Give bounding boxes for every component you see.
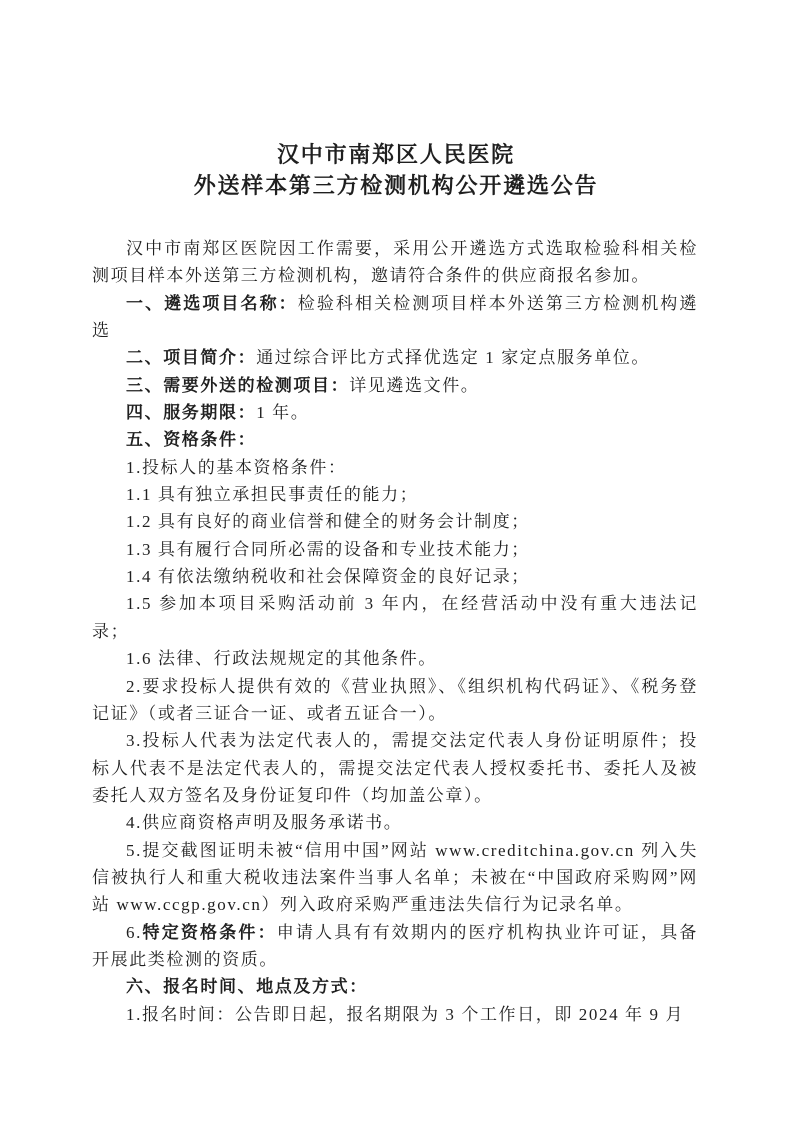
paragraph: 一、遴选项目名称：检验科相关检测项目样本外送第三方检测机构遴选 [92, 290, 698, 345]
paragraph: 汉中市南郑区医院因工作需要，采用公开遴选方式选取检验科相关检测项目样本外送第三方… [92, 235, 698, 290]
paragraph: 六、报名时间、地点及方式： [92, 973, 698, 1000]
paragraph: 1.2 具有良好的商业信誉和健全的财务会计制度； [92, 508, 698, 535]
paragraph-text: 1.6 法律、行政法规规定的其他条件。 [126, 649, 437, 668]
paragraph-text: 通过综合评比方式择优选定 1 家定点服务单位。 [256, 348, 650, 367]
paragraph: 四、服务期限：1 年。 [92, 399, 698, 426]
paragraph-text: 汉中市南郑区医院因工作需要，采用公开遴选方式选取检验科相关检测项目样本外送第三方… [92, 239, 698, 285]
paragraph: 2.要求投标人提供有效的《营业执照》、《组织机构代码证》、《税务登记证》（或者三… [92, 673, 698, 728]
paragraph: 1.4 有依法缴纳税收和社会保障资金的良好记录； [92, 563, 698, 590]
paragraph-text: 1.3 具有履行合同所必需的设备和专业技术能力； [126, 540, 530, 559]
paragraph-text: 详见遴选文件。 [349, 376, 479, 395]
paragraph-text: 1.2 具有良好的商业信誉和健全的财务会计制度； [126, 512, 530, 531]
paragraph-text: 1.5 参加本项目采购活动前 3 年内，在经营活动中没有重大违法记录； [92, 594, 698, 640]
paragraph: 二、项目简介：通过综合评比方式择优选定 1 家定点服务单位。 [92, 344, 698, 371]
paragraph-text: 1.4 有依法缴纳税收和社会保障资金的良好记录； [126, 567, 530, 586]
document-page: 汉中市南郑区人民医院 外送样本第三方检测机构公开遴选公告 汉中市南郑区医院因工作… [0, 0, 792, 1121]
paragraph-bold-label: 三、需要外送的检测项目： [126, 376, 349, 395]
paragraph-bold-label: 特定资格条件： [142, 923, 277, 942]
paragraph: 1.6 法律、行政法规规定的其他条件。 [92, 645, 698, 672]
paragraph-text: 1 年。 [256, 403, 309, 422]
paragraph-text: 3.投标人代表为法定代表人的，需提交法定代表人身份证明原件；投标人代表不是法定代… [92, 731, 698, 805]
paragraph-text: 4.供应商资格声明及服务承诺书。 [126, 813, 402, 832]
title-line-1: 汉中市南郑区人民医院 [0, 139, 792, 170]
paragraph-bold-label: 六、报名时间、地点及方式： [126, 977, 368, 996]
paragraph: 1.3 具有履行合同所必需的设备和专业技术能力； [92, 536, 698, 563]
paragraph-text: 1.投标人的基本资格条件： [126, 458, 347, 477]
paragraph-bold-label: 二、项目简介： [126, 348, 256, 367]
paragraph: 5.提交截图证明未被“信用中国”网站 www.creditchina.gov.c… [92, 837, 698, 919]
paragraph-bold-label: 一、遴选项目名称： [126, 294, 298, 313]
paragraph-prefix: 6. [126, 923, 142, 942]
paragraph: 五、资格条件： [92, 426, 698, 453]
paragraph: 1.投标人的基本资格条件： [92, 454, 698, 481]
paragraph: 1.1 具有独立承担民事责任的能力； [92, 481, 698, 508]
paragraph-bold-label: 五、资格条件： [126, 430, 256, 449]
paragraph-text: 2.要求投标人提供有效的《营业执照》、《组织机构代码证》、《税务登记证》（或者三… [92, 677, 698, 723]
paragraph: 6.特定资格条件：申请人具有有效期内的医疗机构执业许可证，具备开展此类检测的资质… [92, 919, 698, 974]
paragraph-text: 5.提交截图证明未被“信用中国”网站 www.creditchina.gov.c… [92, 841, 698, 915]
paragraph: 1.报名时间：公告即日起，报名期限为 3 个工作日，即 2024 年 9 月 [92, 1001, 698, 1028]
document-body: 汉中市南郑区医院因工作需要，采用公开遴选方式选取检验科相关检测项目样本外送第三方… [92, 235, 698, 1028]
paragraph: 3.投标人代表为法定代表人的，需提交法定代表人身份证明原件；投标人代表不是法定代… [92, 727, 698, 809]
paragraph: 4.供应商资格声明及服务承诺书。 [92, 809, 698, 836]
paragraph-bold-label: 四、服务期限： [126, 403, 256, 422]
paragraph: 1.5 参加本项目采购活动前 3 年内，在经营活动中没有重大违法记录； [92, 590, 698, 645]
paragraph-text: 1.1 具有独立承担民事责任的能力； [126, 485, 418, 504]
title-line-2: 外送样本第三方检测机构公开遴选公告 [0, 170, 792, 201]
paragraph: 三、需要外送的检测项目：详见遴选文件。 [92, 372, 698, 399]
paragraph-text: 1.报名时间：公告即日起，报名期限为 3 个工作日，即 2024 年 9 月 [126, 1005, 684, 1024]
document-title: 汉中市南郑区人民医院 外送样本第三方检测机构公开遴选公告 [0, 0, 792, 201]
